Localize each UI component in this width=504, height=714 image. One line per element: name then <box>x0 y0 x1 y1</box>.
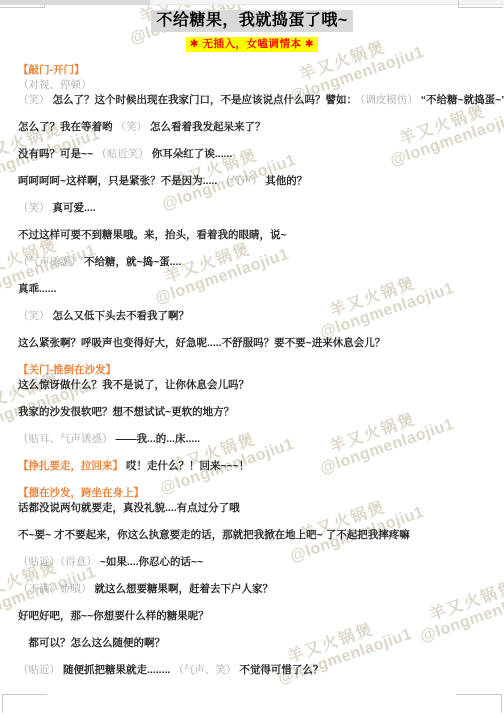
speech-text: 其他的？ <box>265 175 307 187</box>
section-header: 【关门-推倒在沙发】 <box>18 364 116 376</box>
script-line: 这么紧张啊？呼吸声也变得好大，好急呢.....不舒服吗？要不要~进来休息会儿？ <box>18 336 500 350</box>
stage-direction: （笑） <box>116 121 148 133</box>
page-top-edge-segment <box>0 0 150 5</box>
speech-text: 真可爱.... <box>53 202 96 214</box>
speech-text: 这么紧张啊？呼吸声也变得好大，好急呢.....不舒服吗？要不要~进来休息会儿？ <box>18 337 385 349</box>
speech-text: 我家的沙发很软吧？想不想试试~更软的地方？ <box>18 406 234 418</box>
document-subtitle: ✱ 无插入，女嗑调情本 ✱ <box>186 37 318 52</box>
stage-direction: （笑） <box>18 202 50 214</box>
speech-text: 呵呵呵呵~这样啊，只是紧张？不是因为..... <box>18 175 217 187</box>
speech-text: 就这么想要糖果啊，赶着去下户人家？ <box>95 583 274 595</box>
stage-direction: （贴近笑） <box>96 148 149 160</box>
script-line: 【关门-推倒在沙发】 <box>18 363 500 377</box>
speech-text: 话都没说两句就要走，真没礼貌....有点过分了哦 <box>18 502 240 514</box>
stage-direction: （调皮模仿） <box>360 94 418 106</box>
stage-direction: （贴近） <box>18 664 60 676</box>
script-line: （笑）真可爱.... <box>18 201 500 215</box>
page-corner-mark-bottom-right <box>456 694 502 713</box>
speech-text: 怎么看着我发起呆来了？ <box>150 121 266 133</box>
stage-direction: （气声诱惑） <box>18 256 81 268</box>
speech-text: 好吧好吧，那~~你想要什么样的糖果呢？ <box>18 610 209 622</box>
stage-direction: （对视、停顿） <box>18 79 92 91</box>
speech-text: ——我...的...床..... <box>116 433 201 445</box>
stage-direction: （气声） <box>220 175 262 187</box>
script-line: 不过这样可要不到糖果哦。来，抬头，看着我的眼睛，说~ <box>18 228 500 242</box>
section-header: 【摁在沙发，跨坐在身上】 <box>18 487 144 499</box>
document-content: 不给糖果，我就捣蛋了哦~ ✱ 无插入，女嗑调情本 ✱ 【敲门-开门】（对视、停顿… <box>0 0 504 714</box>
speech-text: 这么惊讶做什么？我不是说了，让你休息会儿吗？ <box>18 379 249 391</box>
script-line: 不~要~ 才不要起来，你这么执意要走的话，那就把我掀在地上吧~ 了不起把我摔疼嘛 <box>18 528 500 542</box>
stage-direction: （气声、笑） <box>173 664 236 676</box>
script-line: 【敲门-开门】 <box>18 63 500 77</box>
speech-text: 怎么了？我在等着哟 <box>18 121 113 133</box>
speech-text: “不给糖~就捣蛋~”？ <box>421 94 504 106</box>
script-line: 这么惊讶做什么？我不是说了，让你休息会儿吗？ <box>18 378 500 392</box>
stage-direction: （笑） <box>18 94 50 106</box>
speech-text: 不过这样可要不到糖果哦。来，抬头，看着我的眼睛，说~ <box>18 229 287 241</box>
script-lines: 【敲门-开门】（对视、停顿）（笑）怎么了？这个时候出现在我家门口，不是应该说点什… <box>18 63 500 677</box>
speech-text: 哎！走什么？！回来~~~！ <box>126 460 249 472</box>
speech-text: 不~要~ 才不要起来，你这么执意要走的话，那就把我掀在地上吧~ 了不起把我摔疼嘛 <box>18 529 410 541</box>
script-line: 真乖...... <box>18 282 500 296</box>
script-line: 没有吗？可是~~（贴近笑）你耳朵红了诶...... <box>18 147 500 161</box>
script-line: 呵呵呵呵~这样啊，只是紧张？不是因为.....（气声）其他的？ <box>18 174 500 188</box>
section-header: 【挣扎要走，拉回来】 <box>18 460 123 472</box>
script-line: （不满、娇嗔）就这么想要糖果啊，赶着去下户人家？ <box>18 582 500 596</box>
script-line: （贴近）（得意）~如果....你忍心的话~~ <box>18 555 500 569</box>
speech-text: 怎么又低下头去不看我了啊？ <box>53 310 190 322</box>
script-line: 话都没说两句就要走，真没礼貌....有点过分了哦 <box>18 501 500 515</box>
document-title: 不给糖果，我就捣蛋了哦~ <box>151 10 352 32</box>
script-line: 我家的沙发很软吧？想不想试试~更软的地方？ <box>18 405 500 419</box>
script-line: 好吧好吧，那~~你想要什么样的糖果呢？ <box>18 609 500 623</box>
speech-text: 怎么了？这个时候出现在我家门口，不是应该说点什么吗？譬如： <box>53 94 358 106</box>
page-corner-mark-top-right <box>458 0 503 8</box>
speech-text: 没有吗？可是~~ <box>18 148 93 160</box>
stage-direction: （贴耳、气声诱惑） <box>18 433 113 445</box>
script-line: （贴耳、气声诱惑）——我...的...床..... <box>18 432 500 446</box>
title-row: 不给糖果，我就捣蛋了哦~ <box>0 10 504 32</box>
script-line: 【挣扎要走，拉回来】哎！走什么？！回来~~~！ <box>18 459 500 473</box>
script-line: （对视、停顿） <box>18 78 500 92</box>
script-page: 羊又火锅煲@longmenlaojiu1羊又火锅煲@longmenlaojiu1… <box>0 0 504 714</box>
script-line: （笑）怎么了？这个时候出现在我家门口，不是应该说点什么吗？譬如：（调皮模仿）“不… <box>18 93 500 107</box>
script-line: （贴近）随便抓把糖果就走........（气声、笑）不觉得可惜了么？ <box>18 663 500 677</box>
subtitle-row: ✱ 无插入，女嗑调情本 ✱ <box>0 34 504 52</box>
speech-text: 你耳朵红了诶...... <box>152 148 233 160</box>
stage-direction: （笑） <box>18 310 50 322</box>
speech-text: 随便抓把糖果就走........ <box>63 664 170 676</box>
speech-text: 都可以？怎么这么随便的啊？ <box>18 637 165 649</box>
script-line: 【摁在沙发，跨坐在身上】 <box>18 486 500 500</box>
stage-direction: （贴近）（得意） <box>18 556 97 568</box>
page-corner-mark-bottom-left <box>2 694 47 713</box>
speech-text: ~如果....你忍心的话~~ <box>100 556 204 568</box>
section-header: 【敲门-开门】 <box>18 64 85 76</box>
stage-direction: （不满、娇嗔） <box>18 583 92 595</box>
speech-text: 不给糖，就~捣~蛋.... <box>84 256 181 268</box>
script-line: 都可以？怎么这么随便的啊？ <box>18 636 500 650</box>
speech-text: 不觉得可惜了么？ <box>239 664 323 676</box>
script-line: （笑）怎么又低下头去不看我了啊？ <box>18 309 500 323</box>
script-line: （气声诱惑）不给糖，就~捣~蛋.... <box>18 255 500 269</box>
speech-text: 真乖...... <box>18 283 57 295</box>
script-line: 怎么了？我在等着哟（笑）怎么看着我发起呆来了？ <box>18 120 500 134</box>
